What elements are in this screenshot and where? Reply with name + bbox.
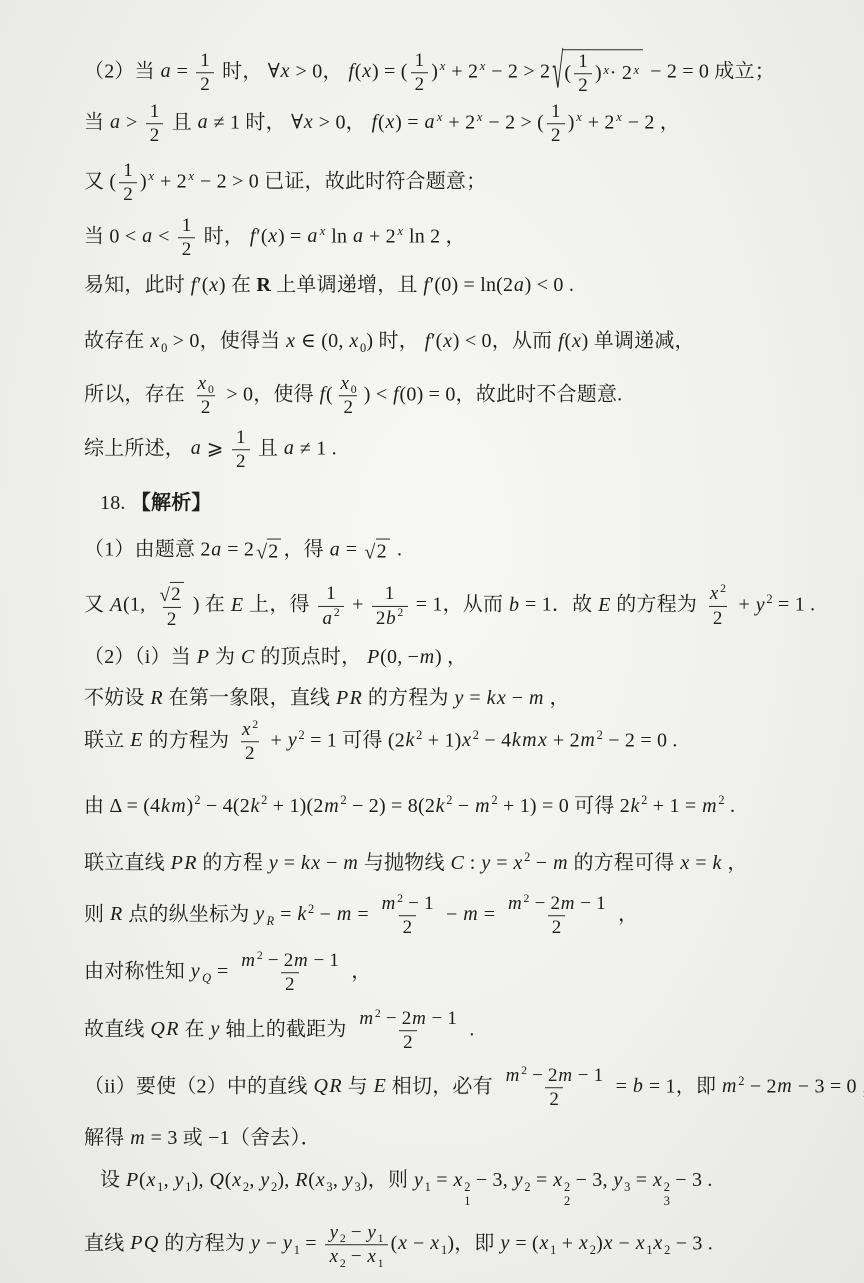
superscript: x [148, 168, 155, 184]
math-run: + 2 [583, 112, 615, 134]
solution-line-20: （ii）要使（2）中的直线 QR 与 E 相切，必有 m2 − 2m − 12 … [84, 1065, 854, 1111]
superscript: 2 [397, 606, 403, 619]
math-upright-run: ln [326, 226, 352, 248]
math-run: x [150, 330, 160, 352]
fraction-denominator: 2 [119, 183, 137, 206]
text-run: ， [613, 904, 638, 926]
superscript: 2 [261, 792, 267, 808]
math-run: PQ [130, 1233, 159, 1255]
math-run: 1 [200, 50, 210, 71]
math-run: − m [531, 852, 569, 874]
fraction-denominator: 2 [197, 396, 215, 419]
solution-line-22: 设 P(x1, y1), Q(x2, y2), R(x3, y3)，则 y1 =… [100, 1167, 854, 1209]
math-run: PR [170, 852, 197, 874]
math-run: ) [193, 594, 200, 616]
text-run: 与抛物线 [359, 852, 450, 874]
solution-line-11: 又 A(1, √22) 在 E 上，得 1a2 + 12b2 = 1，从而 b … [84, 582, 854, 630]
math-run: (2k [388, 730, 415, 752]
fraction-numerator: 1 [574, 51, 592, 73]
math-run: ) [140, 171, 147, 193]
math-run: 2 [167, 609, 177, 630]
math-run: 2 [343, 398, 353, 419]
math-run: x [653, 1233, 663, 1255]
text-run: 在 [179, 1019, 210, 1041]
text-run: ， [346, 112, 371, 134]
math-run: ∀x > 0 [268, 61, 323, 83]
math-run: 2 [268, 540, 278, 563]
subscript: 1 [441, 1242, 447, 1258]
math-run: = 1 [411, 594, 443, 616]
math-run: + 1)(2m [268, 795, 340, 817]
math-run: f(x) = ( [348, 61, 408, 83]
superscript: 2 [340, 792, 346, 808]
math-run: QR [150, 1019, 179, 1041]
math-run: + y [265, 730, 297, 752]
text-run: 且 [253, 438, 284, 460]
math-run: y = (x [500, 1233, 549, 1255]
math-run: > 0 [167, 330, 199, 352]
fraction-denominator: 2 [281, 973, 299, 996]
math-run: 2 [123, 185, 133, 206]
superscript: 2 [416, 727, 422, 743]
fraction: x02 [193, 373, 218, 419]
fraction: m2 − 2m − 12 [503, 893, 609, 939]
text-run: 的方程为 [159, 1233, 250, 1255]
math-run: − m [453, 795, 491, 817]
superscript: 2 [194, 792, 200, 808]
math-run: x [709, 583, 719, 604]
superscript: 2 [738, 1073, 744, 1089]
math-run: a = [160, 61, 193, 83]
fraction: 12 [119, 160, 137, 206]
radical-glyph: √ [364, 542, 375, 563]
subscript: 3 [355, 1179, 361, 1195]
math-run: m [507, 893, 522, 914]
math-run: · 2 [610, 63, 632, 86]
fraction: 12 [178, 215, 196, 261]
text-run: 的顶点时， [255, 646, 366, 668]
math-run: E [373, 1076, 387, 1098]
solution-line-12: （2）（i）当 P 为 C 的顶点时， P(0, −m) ， [84, 644, 854, 670]
math-run: − 1 [403, 893, 434, 914]
radical-content: (12)x · 2x [563, 49, 643, 97]
math-run: 0 < a < [109, 226, 174, 248]
fraction-numerator: 1 [178, 215, 196, 237]
text-run: 在 [200, 594, 231, 616]
math-run: −1 [208, 1127, 230, 1149]
superscript: 2 [257, 949, 263, 962]
math-run: − 3, y [570, 1169, 623, 1191]
text-run: 在第一象限，直线 [163, 687, 335, 709]
math-run: f(x) = a [371, 112, 435, 134]
fraction: √22 [154, 582, 190, 630]
math-run: − x [346, 1247, 377, 1268]
superscript: 2 [597, 727, 603, 743]
math-run: m [359, 1008, 374, 1029]
text-run: 时， [373, 330, 424, 352]
text-run: 且 [166, 112, 197, 134]
math-run: C : y = x [450, 852, 523, 874]
math-run: . [392, 539, 402, 561]
fraction-denominator: a2 [318, 605, 344, 628]
solution-line-4: 当 0 < a < 12 时， f′(x) = ax ln a + 2x ln … [84, 215, 854, 261]
superscript: 2 [299, 727, 305, 743]
math-run: 2k [620, 795, 640, 817]
fraction: 12 [411, 50, 429, 96]
math-run: ) [431, 61, 438, 83]
math-run: y [210, 1019, 220, 1041]
text-run: ，故此时不合题意. [456, 384, 623, 406]
subscript: 2 [271, 1179, 277, 1195]
math-run: QR [313, 1076, 342, 1098]
text-run: ， [442, 646, 467, 668]
fraction-numerator: y2 − y1 [325, 1222, 388, 1244]
superscript: 2 [473, 727, 479, 743]
solution-line-2: 当 a > 12 且 a ≠ 1 时， ∀x > 0， f(x) = ax + … [84, 101, 854, 147]
subscript: 1 [378, 1233, 384, 1246]
math-run: − 4(2k [201, 795, 260, 817]
radical-content: 2 [376, 538, 390, 563]
math-run: = [300, 1233, 322, 1255]
text-run: 设 [100, 1169, 125, 1191]
superscript: x [576, 109, 583, 125]
text-run: ，即 [454, 1233, 500, 1255]
math-run: + 1)x [423, 730, 472, 752]
fraction: 12 [574, 51, 592, 97]
math-run: ) [361, 1169, 368, 1191]
math-run: 2 [236, 452, 246, 473]
math-run: − 3, y [471, 1169, 524, 1191]
superscript: x [476, 109, 483, 125]
math-run: = x [431, 1169, 463, 1191]
superscript: 2 [766, 591, 772, 607]
math-run: + 2 [446, 61, 478, 83]
fraction-numerator: m2 − 2m − 1 [237, 950, 343, 972]
fraction-denominator: 2 [339, 396, 357, 419]
text-run: ， [544, 687, 569, 709]
fraction: y2 − y1x2 − x1 [325, 1222, 388, 1268]
math-run: y = kx − m [454, 687, 544, 709]
math-run: = x [531, 1169, 563, 1191]
text-run: 综上所述， [84, 438, 190, 460]
text-run: ， [322, 61, 347, 83]
fraction: m2 − 2m − 12 [501, 1065, 607, 1111]
math-run: E [598, 594, 612, 616]
math-run: − 3 . [670, 1169, 713, 1191]
fraction-denominator: 2 [709, 605, 727, 628]
text-run: （ii）要使（2）中的直线 [84, 1076, 313, 1098]
math-run: + y [733, 594, 765, 616]
superscript: x [319, 223, 326, 239]
math-run: x ∈ (0, x [286, 330, 359, 352]
math-run: R [150, 687, 164, 709]
text-run: 解得 [84, 1127, 130, 1149]
math-run: 2 [713, 607, 723, 628]
solution-line-18: 由对称性知 yQ = m2 − 2m − 12 ， [84, 950, 854, 996]
subscript: 2 [590, 1242, 596, 1258]
math-run: E [130, 730, 144, 752]
math-run: + 2 [155, 171, 187, 193]
math-run: = [212, 961, 234, 983]
math-run: − 2 = 0 . [603, 730, 678, 752]
math-run: − m = [441, 904, 501, 926]
fraction: x22 [705, 583, 730, 629]
math-run: P(0, −m) [367, 646, 442, 668]
solution-line-7: 所以，存在 x02 > 0，使得 f(x02) < f(0) = 0，故此时不合… [84, 373, 854, 419]
subscript: 1 [550, 1242, 556, 1258]
math-run: ), Q(x [192, 1169, 242, 1191]
math-run: a + 2 [352, 226, 395, 248]
subscript: 2 [243, 1179, 249, 1195]
bold-symbol: R [256, 274, 271, 296]
subscript: 2 [340, 1233, 346, 1246]
text-run: 又 [84, 594, 109, 616]
superscript: x [616, 109, 623, 125]
math-run: )x − x [596, 1233, 645, 1255]
math-run: ∀x > 0 [291, 112, 346, 134]
fraction: x02 [336, 373, 361, 419]
math-run: f′(0) = [423, 274, 480, 296]
math-run: ( [564, 63, 571, 86]
superscript: 2 [491, 792, 497, 808]
math-run: 2 [551, 126, 561, 147]
solution-line-3: 又 (12)x + 2x − 2 > 0 已证，故此时符合题意； [84, 160, 854, 206]
math-run: + 1) = 0 [498, 795, 569, 817]
radical-glyph: √ [160, 586, 171, 606]
math-run: 2 [285, 975, 295, 996]
text-run: 的方程为 [611, 594, 702, 616]
subscript: 1 [157, 1179, 163, 1195]
math-run: P(x [125, 1169, 156, 1191]
radical-content: 2 [170, 582, 184, 606]
text-run: （1）由题意 [84, 539, 200, 561]
math-run: − 2) = 8(2k [347, 795, 445, 817]
text-run: 在 [226, 274, 257, 296]
fraction-numerator: m2 − 2m − 1 [355, 1008, 461, 1030]
fraction-numerator: 1 [322, 583, 340, 605]
fraction-denominator: 2 [399, 916, 417, 939]
text-run: 或 [178, 1127, 209, 1149]
math-run: x [241, 719, 251, 740]
fraction: x22 [237, 719, 262, 765]
subscript: 1 [425, 1179, 431, 1195]
solution-line-14: 联立 E 的方程为 x22 + y2 = 1 可得 (2k2 + 1)x2 − … [84, 719, 854, 765]
sqrt-radical: √2 [256, 538, 281, 563]
text-run: 上，得 [244, 594, 315, 616]
fraction: m2 − 2m − 12 [355, 1008, 461, 1054]
fraction-numerator: x2 [237, 719, 262, 741]
superscript: 2 [375, 1007, 381, 1020]
text-run: 联立直线 [84, 852, 170, 874]
text-run: 的方程可得 [568, 852, 679, 874]
math-run: y [255, 904, 265, 926]
math-run: f′(x) < 0 [424, 330, 492, 352]
text-run: ， [857, 1076, 864, 1098]
math-run: − 2 > 0 [195, 171, 259, 193]
text-run: （舍去）． [230, 1127, 321, 1149]
fraction: 12 [232, 427, 250, 473]
sqrt-radical: √(12)x · 2x [552, 49, 643, 97]
text-run: 上单调递增，且 [271, 274, 423, 296]
math-run: = 1 . [773, 594, 816, 616]
text-run: 又 [84, 171, 109, 193]
math-run: − 2m − 1 [527, 1065, 603, 1086]
math-run: a [322, 607, 333, 628]
math-run: + 1 = m [648, 795, 718, 817]
fraction-denominator: 2b2 [372, 605, 408, 628]
superscript: x [603, 63, 610, 77]
math-run: 1 [182, 215, 192, 236]
math-run: 1 [326, 583, 336, 604]
math-run: 2 [549, 1090, 559, 1111]
solution-line-8: 综上所述， a ⩾ 12 且 a ≠ 1 . [84, 427, 854, 473]
math-run: 2 [377, 540, 387, 563]
text-run: 可得 [337, 730, 388, 752]
math-run: x [197, 373, 207, 394]
math-run: a = [329, 539, 362, 561]
math-run: a ⩾ [190, 438, 229, 460]
text-run: 由对称性知 [84, 961, 190, 983]
text-run: 联立 [84, 730, 130, 752]
superscript: 2 [524, 892, 530, 905]
subscript: 3 [326, 1179, 332, 1195]
math-run: = b = 1 [610, 1076, 675, 1098]
text-run: 轴上的截距为 [220, 1019, 352, 1041]
text-run: ， [440, 226, 465, 248]
radical-sign: √ [256, 538, 267, 563]
fraction-denominator: 2 [547, 124, 565, 147]
math-run: 1 [415, 50, 425, 71]
subscript: 3 [624, 1179, 630, 1195]
radical-glyph: √ [552, 47, 563, 100]
text-run: ， [346, 961, 371, 983]
fraction-numerator: 1 [119, 160, 137, 182]
math-run: , y [333, 1169, 354, 1191]
text-run: 所以，存在 [84, 384, 190, 406]
math-run: − 2 > ( [483, 112, 544, 134]
fraction-numerator: 1 [381, 583, 399, 605]
fraction-denominator: 2 [146, 124, 164, 147]
math-run: − 2 > 2 [486, 61, 550, 83]
superscript: 2 [720, 582, 726, 595]
text-run: （2）当 [84, 61, 160, 83]
fraction-denominator: x2 − x1 [325, 1245, 388, 1268]
math-run: y [413, 1169, 423, 1191]
solution-line-15: 由 Δ = (4km)2 − 4(2k2 + 1)(2m2 − 2) = 8(2… [84, 793, 854, 819]
solution-line-21: 解得 m = 3 或 −1（舍去）． [84, 1125, 854, 1151]
text-run: 的方程为 [363, 687, 454, 709]
text-run: ，得 [283, 539, 329, 561]
solution-line-19: 故直线 QR 在 y 轴上的截距为 m2 − 2m − 12 . [84, 1008, 854, 1054]
math-run: 1 [551, 101, 561, 122]
fraction-numerator: 1 [196, 50, 214, 72]
math-run: − m = [314, 904, 374, 926]
superscript: x [436, 109, 443, 125]
fraction-denominator: 2 [545, 1088, 563, 1111]
superscript: x [397, 223, 404, 239]
math-run: m [505, 1065, 520, 1086]
math-run: b = 1 [508, 594, 551, 616]
superscript: 2 [334, 606, 340, 619]
math-run: y − y [250, 1233, 292, 1255]
text-run: ， [655, 112, 680, 134]
math-run: 2 [245, 744, 255, 765]
text-run: 【解析】 [131, 492, 212, 514]
math-run: ) [595, 63, 602, 86]
radical-sign: √ [552, 49, 563, 97]
subscript: R [266, 913, 275, 929]
math-run: − 4kmx + 2m [479, 730, 595, 752]
math-run: C [240, 646, 255, 668]
math-run: 1 [578, 51, 588, 72]
text-run: ，使得当 [200, 330, 286, 352]
fraction-denominator: 2 [399, 1031, 417, 1054]
superscript: 2 [252, 718, 258, 731]
math-upright-run: ln [480, 274, 496, 296]
fraction: m2 − 12 [377, 893, 438, 939]
math-run: 2 [201, 398, 211, 419]
math-run: a ≠ 1 [197, 112, 240, 134]
text-run: ， [722, 852, 747, 874]
text-run: ，则 [368, 1169, 414, 1191]
math-run: Δ = (4km) [109, 795, 193, 817]
math-run: 1 [123, 160, 133, 181]
superscript: 2 [397, 892, 403, 905]
fraction: 12 [146, 101, 164, 147]
math-run: 2a = 2 [200, 539, 254, 561]
text-run: ，使得 [253, 384, 319, 406]
math-run: > 0 [221, 384, 253, 406]
radical-glyph: √ [256, 542, 267, 563]
math-run: f( [319, 384, 333, 406]
math-run: − 2 [622, 112, 654, 134]
fraction-denominator: 2 [241, 742, 259, 765]
subscript: 1 [185, 1179, 191, 1195]
math-run: − 2m − 1 [530, 893, 606, 914]
text-run: 故直线 [84, 1019, 150, 1041]
text-run: 可得 [569, 795, 620, 817]
text-run: 时， [198, 226, 249, 248]
superscript: 2 [641, 792, 647, 808]
sqrt-radical: √2 [364, 538, 389, 563]
math-run: m [381, 893, 396, 914]
fraction-denominator: 2 [574, 74, 592, 97]
solution-line-9: 18. 【解析】 [100, 490, 854, 516]
text-run: 相切，必有 [387, 1076, 498, 1098]
math-run: . [725, 795, 735, 817]
superscript: 2 [521, 1064, 527, 1077]
math-run: (x − x [391, 1233, 440, 1255]
fraction-numerator: 1 [411, 50, 429, 72]
math-run: 2 [578, 76, 588, 97]
math-run: 2 [415, 75, 425, 96]
superscript: 2 [718, 792, 724, 808]
text-run: 当 [84, 112, 109, 134]
text-run: 则 [84, 904, 109, 926]
fraction: 1a2 [318, 583, 344, 629]
math-run: ) < f(0) = 0 [364, 384, 456, 406]
math-run: − 2 = 0 [645, 61, 709, 83]
math-run: PR [335, 687, 362, 709]
math-run: 2 [552, 918, 562, 939]
fraction-denominator: 2 [548, 916, 566, 939]
subscript: 1 [378, 1257, 384, 1270]
text-run: 成立； [709, 61, 775, 83]
math-run: − y [346, 1222, 377, 1243]
fraction-numerator: m2 − 2m − 1 [501, 1065, 607, 1087]
fraction-numerator: √2 [154, 582, 190, 607]
text-run: 单调递减， [589, 330, 695, 352]
